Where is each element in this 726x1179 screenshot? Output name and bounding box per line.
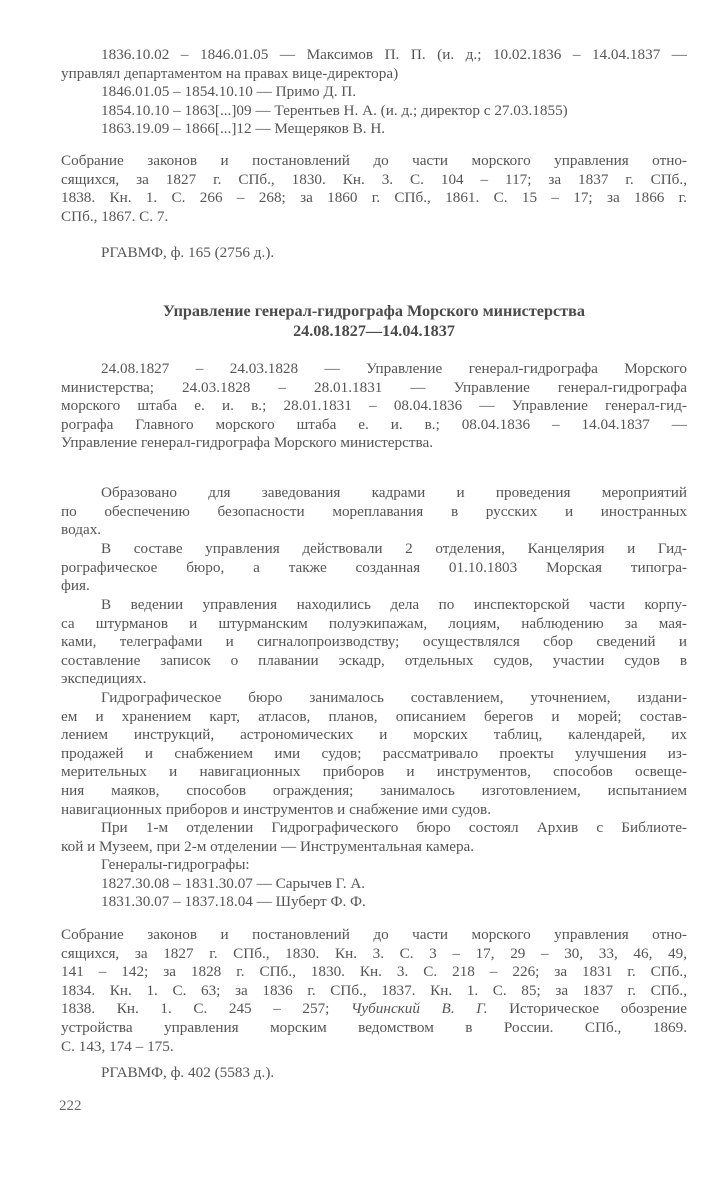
- paragraph-line: са штурманов и штурманским полуэкипажам,…: [61, 615, 687, 634]
- source-line: сящихся, за 1827 г. СПб., 1830. Кн. 3. С…: [61, 945, 687, 964]
- head-entry: 1831.30.07 – 1837.18.04 — Шуберт Ф. Ф.: [61, 893, 687, 912]
- renaming-line: 24.08.1827 – 24.03.1828 — Управление ген…: [61, 360, 687, 379]
- paragraph-line: Образовано для заведования кадрами и про…: [61, 484, 687, 503]
- source-line-with-author: 1838. Кн. 1. С. 245 – 257; Чубинский В. …: [61, 1000, 687, 1019]
- paragraph-line: фия.: [61, 577, 687, 596]
- director-entry: 1863.19.09 – 1866[...]12 — Мещеряков В. …: [61, 120, 687, 139]
- paragraph-line: ния маяков, способов ограждения; занимал…: [61, 782, 687, 801]
- paragraph-structure: В составе управления действовали 2 отдел…: [61, 540, 687, 596]
- paragraph-line: экспедициях.: [61, 670, 687, 689]
- source-line: сящихся, за 1827 г. СПб., 1830. Кн. 3. С…: [61, 171, 687, 190]
- previous-sources: Собрание законов и постановлений до част…: [61, 152, 687, 226]
- renaming-line: морского штаба е. и. в.; 28.01.1831 – 08…: [61, 397, 687, 416]
- source-line: 1834. Кн. 1. С. 63; за 1836 г. СПб., 183…: [61, 982, 687, 1001]
- paragraph-line: водах.: [61, 521, 687, 540]
- heads-label: Генералы-гидрографы:: [61, 856, 687, 875]
- paragraph-functions: В ведении управления находились дела по …: [61, 596, 687, 689]
- head-entry: 1827.30.08 – 1831.30.07 — Сарычев Г. А.: [61, 875, 687, 894]
- paragraph-purpose: Образовано для заведования кадрами и про…: [61, 484, 687, 540]
- source-line: С. 143, 174 – 175.: [61, 1038, 687, 1057]
- paragraph-line: навигационных приборов и инструментов и …: [61, 801, 687, 820]
- director-entry: 1836.10.02 – 1846.01.05 — Максимов П. П.…: [61, 46, 687, 65]
- section-title: Управление генерал-гидрографа Морского м…: [61, 301, 687, 321]
- section-dates: 24.08.1827—14.04.1837: [61, 321, 687, 341]
- renaming-line: Управление генерал-гидрографа Морского м…: [61, 434, 687, 453]
- director-entry: 1854.10.10 – 1863[...]09 — Терентьев Н. …: [61, 102, 687, 121]
- source-line: Собрание законов и постановлений до част…: [61, 926, 687, 945]
- paragraph-line: лением инструкций, астрономических и мор…: [61, 726, 687, 745]
- archive-text: РГАВМФ, ф. 165 (2756 д.).: [101, 244, 726, 263]
- archive-reference: РГАВМФ, ф. 402 (5583 д.).: [61, 1064, 726, 1083]
- source-author: Чубинский В. Г.: [351, 1000, 488, 1017]
- paragraph-hydrographic-bureau: Гидрографическое бюро занималось составл…: [61, 689, 687, 819]
- paragraph-line: ем и хранением карт, атласов, планов, оп…: [61, 708, 687, 727]
- director-entry: 1846.01.05 – 1854.10.10 — Примо Д. П.: [61, 83, 687, 102]
- paragraph-line: рографическое бюро, а также созданная 01…: [61, 559, 687, 578]
- paragraph-line: В ведении управления находились дела по …: [61, 596, 687, 615]
- page-number: 222: [59, 1097, 82, 1116]
- paragraph-line: кой и Музеем, при 2-м отделении — Инстру…: [61, 838, 687, 857]
- source-line: СПб., 1867. С. 7.: [61, 208, 687, 227]
- paragraph-line: При 1-м отделении Гидрографического бюро…: [61, 819, 687, 838]
- renaming-line: рографа Главного морского штаба е. и. в.…: [61, 416, 687, 435]
- source-line: 1838. Кн. 1. С. 266 – 268; за 1860 г. СП…: [61, 189, 687, 208]
- director-entry-continued: управлял департаментом на правах вице-ди…: [61, 65, 687, 84]
- renaming-line: министерства; 24.03.1828 – 28.01.1831 — …: [61, 379, 687, 398]
- section-renamings: 24.08.1827 – 24.03.1828 — Управление ген…: [61, 360, 687, 453]
- paragraph-line: продажей и снабжением ими судов; рассмат…: [61, 745, 687, 764]
- previous-directors-list: 1836.10.02 – 1846.01.05 — Максимов П. П.…: [61, 46, 687, 139]
- paragraph-line: Гидрографическое бюро занималось составл…: [61, 689, 687, 708]
- paragraph-line: составление записок о плавании эскадр, о…: [61, 652, 687, 671]
- source-text: 1838. Кн. 1. С. 245 – 257;: [61, 1000, 351, 1017]
- paragraph-line: мерительных и навигационных приборов и и…: [61, 763, 687, 782]
- paragraph-line: по обеспечению безопасности мореплавания…: [61, 503, 687, 522]
- paragraph-line: ками, телеграфами и сигналопроизводству;…: [61, 633, 687, 652]
- previous-archive-reference: РГАВМФ, ф. 165 (2756 д.).: [61, 244, 726, 263]
- archive-text: РГАВМФ, ф. 402 (5583 д.).: [101, 1064, 726, 1083]
- paragraph-archive-library: При 1-м отделении Гидрографического бюро…: [61, 819, 687, 856]
- source-line: устройства управления морским ведомством…: [61, 1019, 687, 1038]
- source-line: 141 – 142; за 1828 г. СПб., 1830. Кн. 3.…: [61, 963, 687, 982]
- paragraph-line: В составе управления действовали 2 отдел…: [61, 540, 687, 559]
- section-heading: Управление генерал-гидрографа Морского м…: [61, 301, 687, 341]
- section-sources: Собрание законов и постановлений до част…: [61, 926, 687, 1056]
- source-text: Историческое обозрение: [488, 1000, 688, 1017]
- source-line: Собрание законов и постановлений до част…: [61, 152, 687, 171]
- heads-list: Генералы-гидрографы: 1827.30.08 – 1831.3…: [61, 856, 687, 912]
